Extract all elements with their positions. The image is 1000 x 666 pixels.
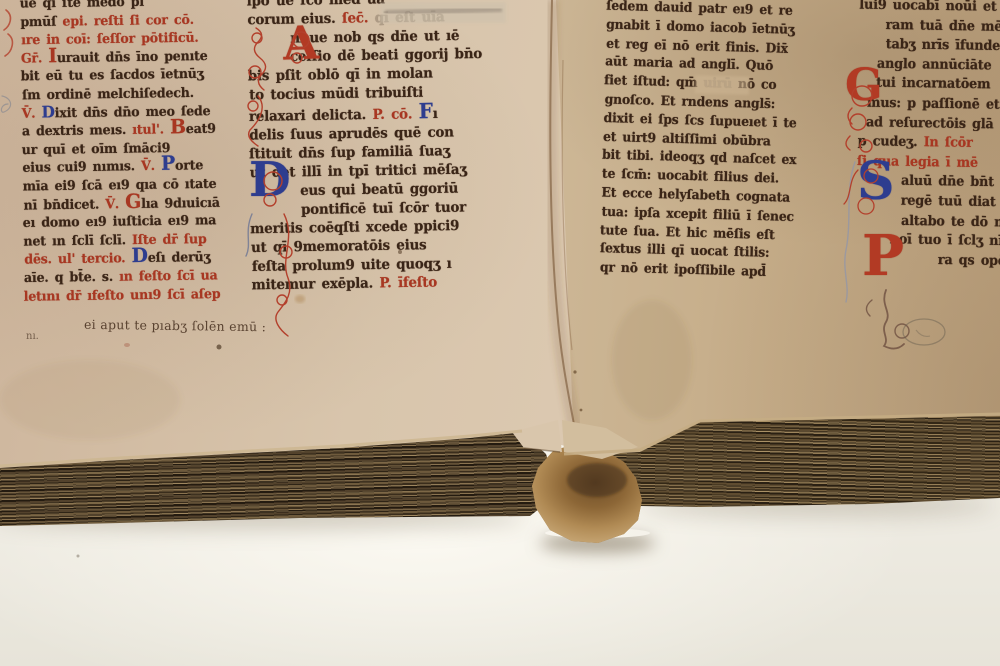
initial-G: G [845,64,883,108]
initial-P: P [862,228,904,284]
manuscript-line: ıre in coī: ſeſſor pōtificū. [21,28,249,49]
manuscript-photo: ue qı ſtē medō pīpmūſ epi. reſti ſi cor … [0,0,1000,666]
manuscript-line: ſm ordinē melchiſedech. [22,83,250,104]
margin-note: nı. [26,331,39,342]
manuscript-line: tabʒ nrīs īfunde [860,35,1000,57]
manuscript-line: letını dr̄ ıfeſto unı9 ſcī aſep [24,284,252,305]
margin-addition-line: ei aput te pıabʒ ſolēn emū : [84,317,266,335]
manuscript-line: ur quī et oīm ſmāci9 [22,137,250,158]
manuscript-line: ram tuā dn̄e mēti [859,16,1000,38]
initial-A: A [282,19,319,66]
manuscript-line: dēs. ul' tercio. Deſı derūʒ [24,247,252,268]
manuscript-line: ad reſurectōis glā [858,113,1000,135]
manuscript-line: eı domo eı9 iuſticia eı9 ma [23,210,251,231]
initial-S: S [857,156,895,208]
initial-D: D [249,156,291,204]
text-column-left-1: ue qı ſtē medō pīpmūſ epi. reſti ſi cor … [20,0,252,305]
text-column-right-1: ſedem dauid patr eı9 et regnabit ī domo … [599,0,785,281]
manuscript-line: lui9 uocabī noūi et oī [859,0,1000,18]
